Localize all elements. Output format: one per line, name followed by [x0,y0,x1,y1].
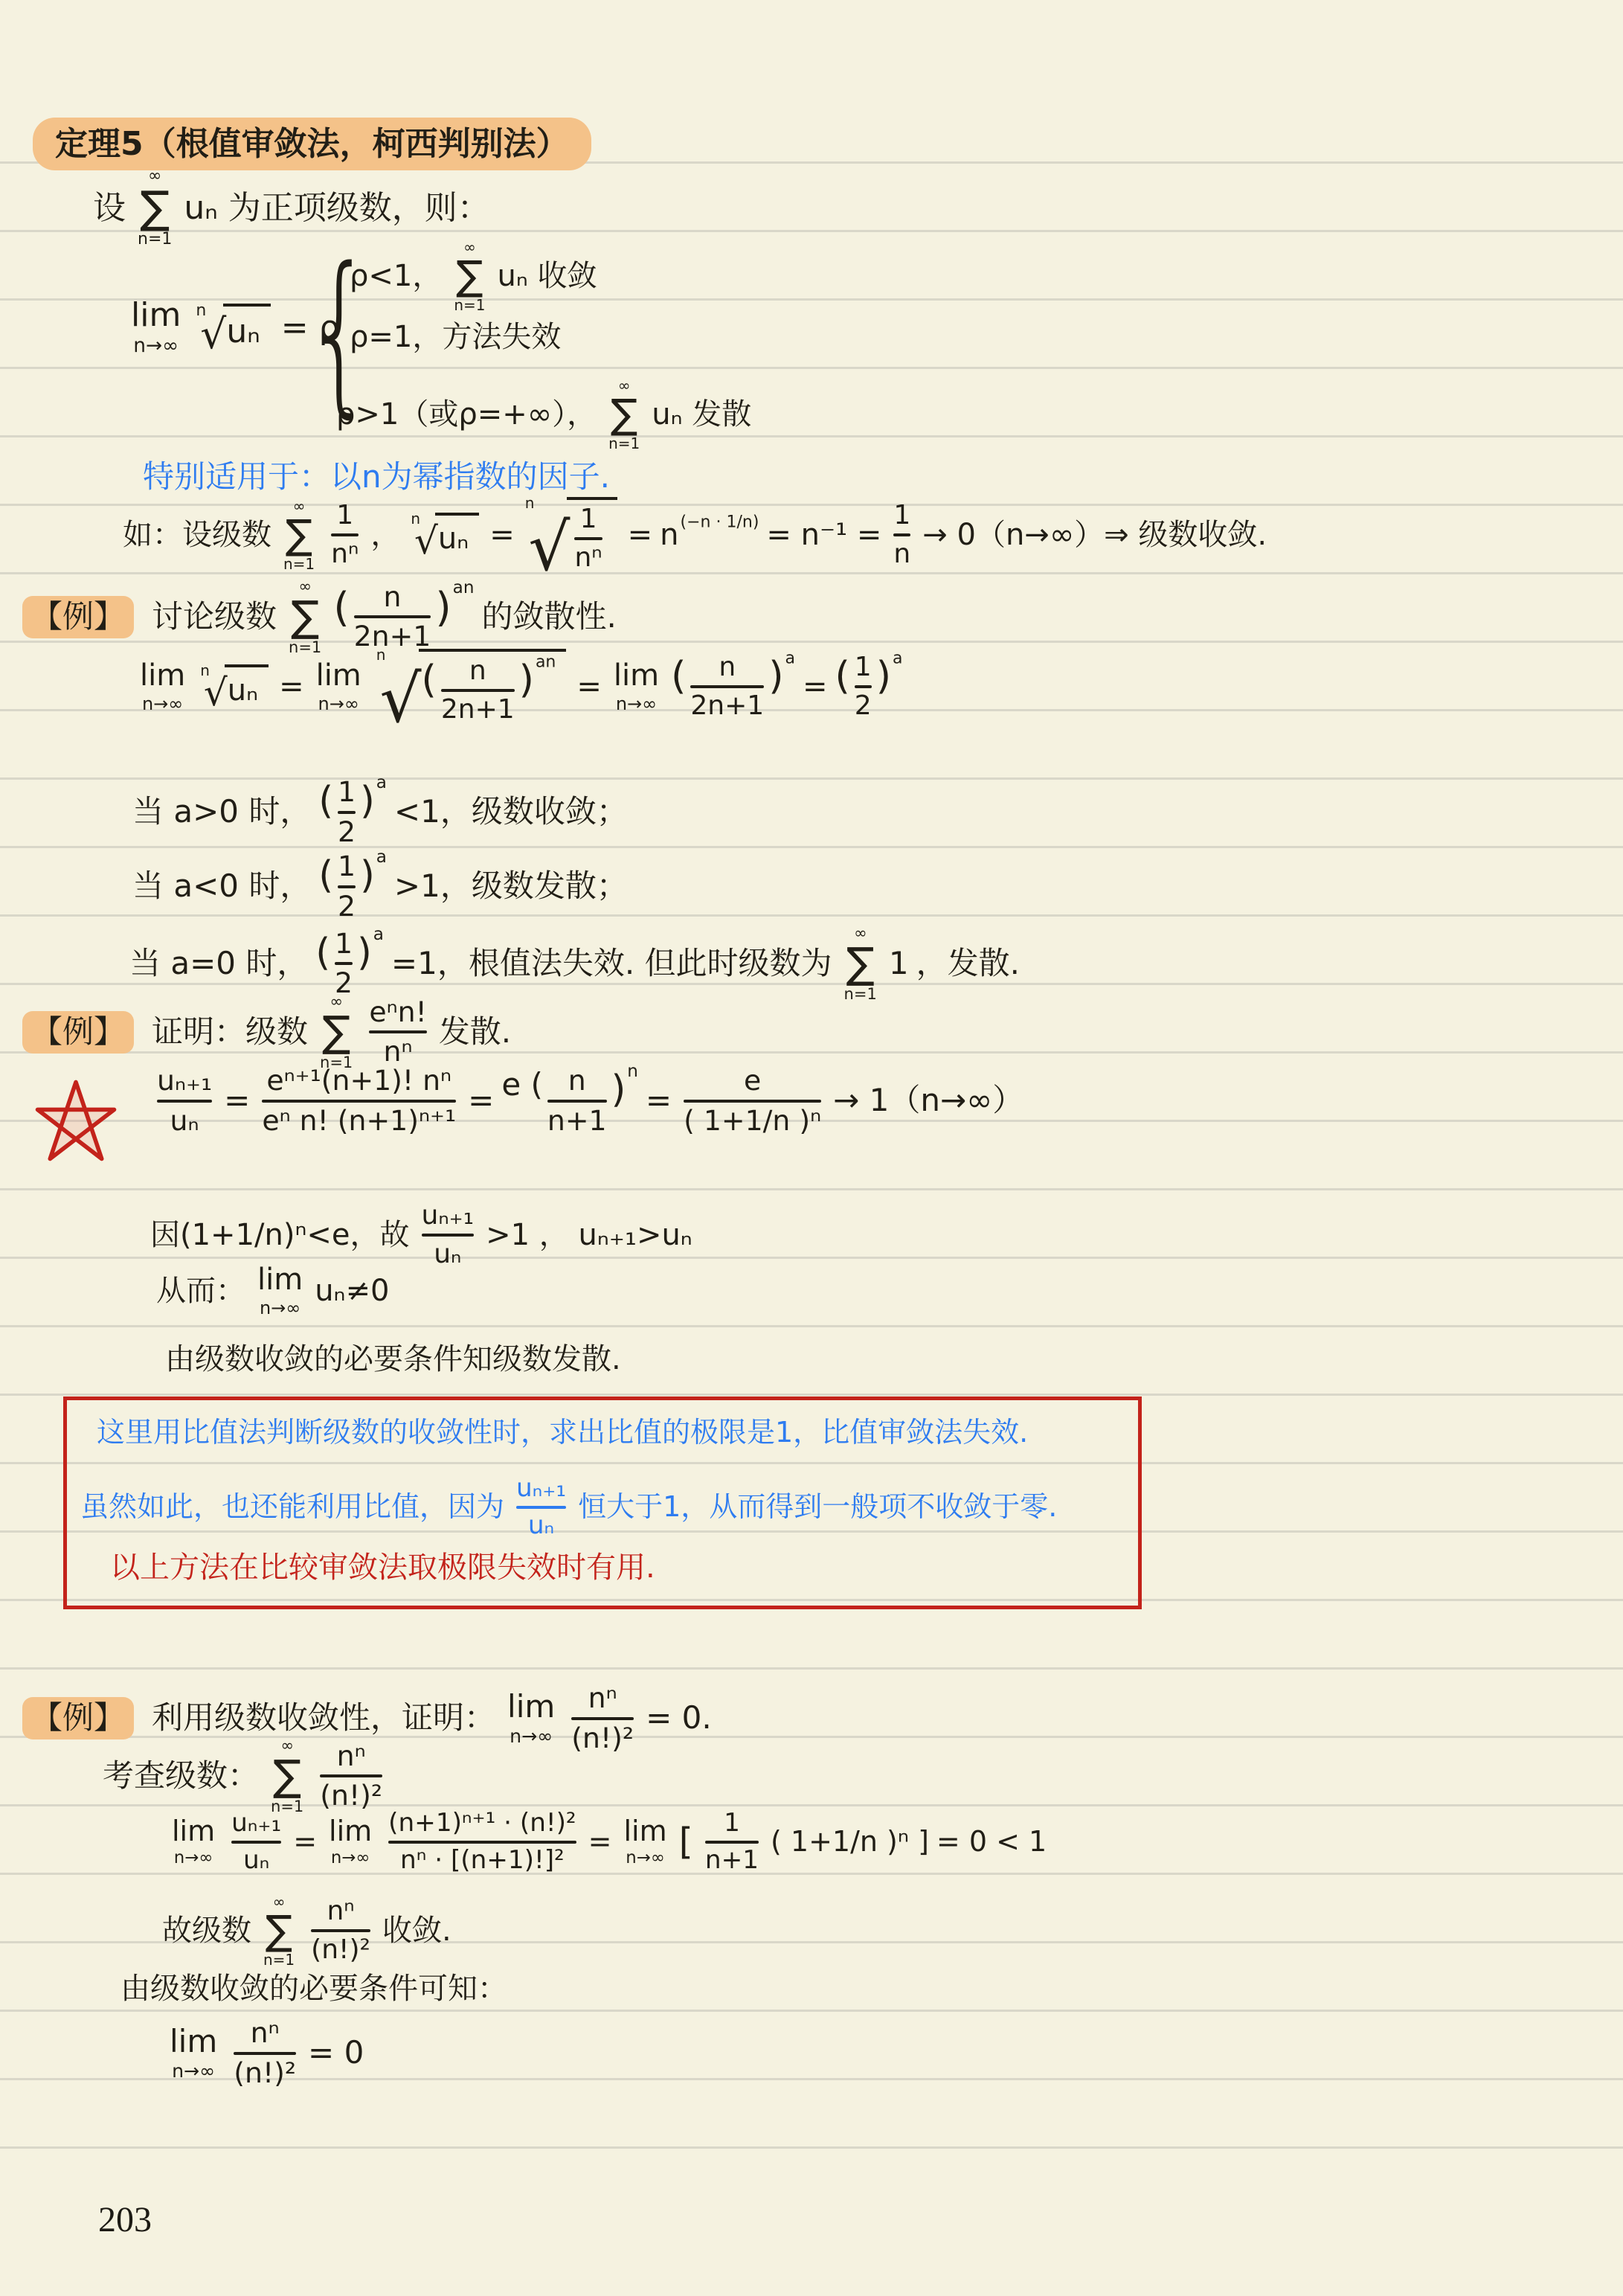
annotation-text: 虽然如此，也还能利用比值，因为 [80,1489,504,1525]
because-post: >1 ， uₙ₊₁>uₙ [486,1216,692,1254]
power-exponent: n [627,1061,638,1083]
radical-icon: √ [200,317,226,352]
numerator: nⁿ [588,1683,617,1714]
fraction: 1 2 [338,777,356,847]
denominator: (n!)² [234,2058,296,2089]
example3-derivation-row: lim n→∞ uₙ₊₁ uₙ = lim n→∞ (n+1)ⁿ⁺¹ · (n!… [167,1809,1047,1874]
fraction: uₙ₊₁ uₙ [422,1201,475,1269]
denominator: uₙ [528,1512,554,1540]
sigma-lower: n=1 [263,1952,295,1967]
annotation-text: 恒大于1，从而得到一般项不收敛于零. [578,1489,1057,1525]
lim-word: lim [614,661,659,690]
annotation-line1: 这里用比值法判断级数的收敛性时，求出比值的极限是1，比值审敛法失效. [97,1415,1028,1451]
fraction: 1 2 [335,929,353,999]
annotation-line2: 虽然如此，也还能利用比值，因为 uₙ₊₁ uₙ 恒大于1，从而得到一般项不收敛于… [80,1475,1057,1539]
power-exponent: a [376,772,387,794]
fraction: 1 n+1 [705,1809,759,1874]
fraction: n 2n+1 [690,652,764,720]
lim-sub: n→∞ [133,336,179,356]
numerator: n [568,1065,586,1097]
fraction-bar [157,1100,212,1103]
fraction-bar [262,1100,456,1103]
lim-sub: n→∞ [318,695,359,713]
equals: = [489,516,515,554]
denominator: nⁿ · [(n+1)!]² [400,1847,565,1875]
sigma-symbol: ∑ [456,256,483,296]
paren-open: ( [315,929,330,975]
fraction: uₙ₊₁ uₙ [516,1475,566,1539]
fraction-bar [320,1774,382,1777]
fraction: uₙ₊₁ uₙ [157,1065,212,1136]
ex2-post: 发散. [439,1013,511,1052]
denominator: eⁿ n! (n+1)ⁿ⁺¹ [262,1106,456,1137]
bracket-open: [ [679,1819,693,1865]
numerator: eⁿn! [369,997,426,1028]
numerator: n [384,582,402,613]
necessary-condition2-row: 由级数收敛的必要条件可知： [120,1970,507,2007]
ex0-pre: 如：设级数 [123,516,271,554]
fraction-bar [705,1841,759,1844]
fraction-bar [338,811,356,814]
because-row: 因(1+1/n)ⁿ<e，故 uₙ₊₁ uₙ >1 ， uₙ₊₁>uₙ [150,1201,692,1269]
paren-open: ( [318,851,333,898]
fraction-bar [690,685,764,688]
power-exponent: an [536,652,556,673]
denominator: nⁿ [331,539,359,569]
numerator: (n+1)ⁿ⁺¹ · (n!)² [388,1809,576,1838]
paren-close: ) [360,851,375,898]
fraction-bar [369,1030,426,1033]
necessary-condition-text: 由级数收敛的必要条件可知： [120,1970,507,2007]
necessary-condition-text: 由级数收敛的必要条件知级数发散. [165,1341,621,1378]
blue-note-row: 特别适用于：以n为幂指数的因子. [143,458,610,497]
denominator: nⁿ [574,543,602,573]
denominator: n [893,539,910,569]
fraction-bar [234,2052,296,2055]
sigma-symbol: ∑ [266,1911,292,1951]
equals-zero: = 0. [646,1699,712,1738]
equals: = [293,1824,317,1860]
numerator: 1 [724,1809,740,1838]
radicand: uₙ [225,664,269,709]
fraction: 1 2 [855,652,872,720]
fraction-bar [574,537,602,540]
setup-post: uₙ 为正项级数，则： [184,187,489,228]
equals: = [224,1081,250,1120]
equals: = [588,1824,612,1860]
numerator: e [744,1065,761,1097]
lim-word: lim [316,661,361,690]
sigma-symbol: ∑ [611,394,637,434]
sigma-sum: ∞ ∑ n=1 [263,1894,295,1967]
fraction: nⁿ (n!)² [311,1896,370,1964]
fraction-bar [335,962,353,965]
example-label: 【例】 [22,1011,134,1054]
fraction-bar [571,1717,634,1720]
star-icon [34,1070,118,1171]
lim-sub: n→∞ [174,1850,213,1867]
numerator: n [719,652,736,682]
radical-icon: √ [379,675,421,724]
lim-sub: n→∞ [616,695,657,713]
case3-row: ρ>1（或ρ=+∞）， ∞ ∑ n=1 uₙ 发散 [336,378,751,451]
case3-conclusion: uₙ 发散 [652,396,751,433]
power-expression: ( n 2n+1 ) a [671,652,795,720]
denominator: n+1 [547,1106,607,1137]
fraction: nⁿ (n!)² [571,1683,634,1754]
sigma-sum: ∞ ∑ n=1 [320,994,353,1071]
lim-word: lim [329,1817,372,1845]
lim-word: lim [140,661,185,690]
denominator: (n!)² [320,1780,382,1812]
sigma-sum: ∞ ∑ n=1 [844,926,877,1002]
lim-sub: n→∞ [260,1299,301,1317]
a-negative-row: 当 a<0 时， ( 1 2 ) a >1，级数发散； [132,851,628,922]
fraction: 1 n [893,501,910,568]
e-times-paren: e ( [501,1065,543,1105]
numerator: uₙ₊₁ [516,1475,566,1503]
ex3-pre: 利用级数收敛性，证明： [152,1699,495,1738]
nth-root: n √ ( n 2n+1 ) an [376,649,567,724]
fraction: n 2n+1 [354,582,431,652]
paren-close: ) [876,652,891,701]
equals: = [468,1081,494,1120]
fraction: eⁿn! nⁿ [369,997,426,1068]
limit: lim n→∞ [614,661,659,713]
limit: lim n→∞ [507,1691,555,1745]
power-exponent: a [785,649,794,670]
sigma-symbol: ∑ [291,596,319,638]
fraction-bar [441,689,515,692]
sigma-sum: ∞ ∑ n=1 [289,579,321,655]
numerator: nⁿ [337,1741,366,1772]
case1-conclusion: uₙ 收敛 [498,257,597,295]
power-exponent: (−n · 1/n) [681,512,759,533]
fraction-bar [231,1841,281,1844]
radicand: uₙ [435,513,479,557]
therefore-post: uₙ≠0 [315,1272,389,1309]
sigma-lower: n=1 [844,987,877,1002]
a-zero-row: 当 a=0 时， ( 1 2 ) a =1，根值法失效. 但此时级数为 ∞ ∑ … [129,926,1020,1002]
case3-condition: ρ>1（或ρ=+∞）， [336,396,597,433]
sigma-sum: ∞ ∑ n=1 [608,378,640,451]
limit: lim n→∞ [316,661,361,713]
hence-pre: 故级数 [162,1912,251,1949]
limit: lim n→∞ [140,661,185,713]
limit: lim n→∞ [329,1817,372,1867]
numerator: nⁿ [327,1896,354,1926]
denominator: uₙ [434,1240,461,1269]
condition-text: 当 a=0 时， [129,944,308,984]
fraction: uₙ₊₁ uₙ [231,1809,281,1874]
power-exponent: a [376,847,387,868]
example1-limit-row: lim n→∞ n √ uₙ = lim n→∞ n √ ( n 2n+1 [135,649,902,724]
hence-post: 收敛. [382,1912,451,1949]
equals: = [628,516,653,554]
denominator: (n!)² [311,1935,370,1965]
case2-text: ρ=1，方法失效 [350,318,561,356]
numerator: 1 [855,652,872,682]
fraction: 1 2 [338,851,356,922]
lim-word: lim [170,2026,217,2057]
nth-root: n √ uₙ [200,664,269,709]
theorem-title-row: 定理5（根值审敛法，柯西判别法） [33,118,591,170]
nth-root: n √ uₙ [196,304,270,352]
denominator: 2 [338,891,356,923]
denominator: uₙ [170,1106,199,1137]
numerator: nⁿ [251,2018,280,2049]
sigma-lower: n=1 [454,298,485,312]
paren-open: ( [318,777,333,824]
lim-sub: n→∞ [331,1850,370,1867]
setup-pre: 设 [93,187,126,228]
fraction-bar [338,885,356,888]
limit: lim n→∞ [623,1817,666,1867]
lim-sub: n→∞ [142,695,183,713]
sigma-symbol: ∑ [286,515,312,555]
fraction-bar [331,533,359,536]
therefore-pre: 从而： [156,1272,245,1309]
denominator: (n!)² [571,1723,634,1754]
denominator: 2 [338,817,356,848]
limit: lim n→∞ [257,1265,303,1317]
numerator: uₙ₊₁ [422,1201,475,1231]
power-exponent: a [373,924,384,946]
numerator: 1 [335,929,353,960]
denominator: uₙ [243,1847,269,1875]
fraction-bar [893,533,910,536]
page-number: 203 [98,2199,152,2240]
equals: = [279,668,304,705]
radicand: uₙ [223,304,270,352]
power-expression: ( 1 2 ) a [315,929,384,999]
numerator: 1 [338,777,356,808]
radical-icon: √ [528,523,570,572]
limit: lim n→∞ [170,2026,217,2080]
ex1-post: 的敛散性. [481,597,616,637]
limit-result: → 1（n→∞） [833,1081,1023,1120]
final-limit-row: lim n→∞ nⁿ (n!)² = 0 [165,2018,364,2088]
paren-close: ) [360,777,375,824]
sigma-symbol: ∑ [846,943,875,985]
equals: = [646,1081,672,1120]
fraction: nⁿ (n!)² [234,2018,296,2088]
power-base: n [660,516,678,554]
tail-text: ，发散. [916,944,1020,984]
case1-row: ρ<1， ∞ ∑ n=1 uₙ 收敛 [350,240,597,312]
fraction-bar [684,1100,821,1103]
fraction: 1 nⁿ [574,504,602,572]
power-expression: ( 1 2 ) a [835,652,902,720]
sigma-lower: n=1 [138,231,172,248]
conclusion-text: <1，级数收敛； [394,792,628,832]
denominator: 2n+1 [354,621,431,652]
equals-zero: = 0 [308,2033,364,2073]
denominator: ( 1+1/n )ⁿ [684,1106,821,1137]
power-expression: n (−n · 1/n) [660,516,759,554]
ex0-post: → 0（n→∞）⇒ 级数收敛. [922,516,1267,554]
sigma-sum: ∞ ∑ n=1 [454,240,485,312]
fraction: eⁿ⁺¹(n+1)! nⁿ eⁿ n! (n+1)ⁿ⁺¹ [262,1065,456,1136]
paren-open: ( [422,656,437,705]
fraction: 1 nⁿ [331,501,359,568]
a-positive-row: 当 a>0 时， ( 1 2 ) a <1，级数收敛； [132,777,628,847]
example2-header: 【例】 证明：级数 ∞ ∑ n=1 eⁿn! nⁿ 发散. [22,994,511,1071]
summand-one: 1 [889,944,909,984]
hence-series-row: 故级数 ∞ ∑ n=1 nⁿ (n!)² 收敛. [162,1894,451,1967]
power-expression: ( 1 2 ) a [318,851,387,922]
denominator: 2n+1 [441,695,515,725]
equals: = [803,668,828,705]
numerator: 1 [580,504,597,534]
paren-open: ( [333,582,349,632]
sigma-sum: ∞ ∑ n=1 [283,498,315,571]
fraction: nⁿ (n!)² [320,1741,382,1812]
sigma-symbol: ∑ [140,186,170,230]
sigma-symbol: ∑ [273,1755,301,1798]
power-expression: ( n 2n+1 ) an [422,656,556,724]
denominator: 2n+1 [690,691,764,721]
fraction-bar [422,1234,475,1237]
annotation-text: 这里用比值法判断级数的收敛性时，求出比值的极限是1，比值审敛法失效. [97,1415,1028,1451]
paren-open: ( [835,652,849,701]
ex0-comma: ， [370,516,400,554]
example-label: 【例】 [22,596,134,638]
sigma-symbol: ∑ [322,1011,350,1054]
paren-close: ) [611,1065,626,1112]
denominator: 2 [855,691,872,721]
numerator: 1 [338,851,356,882]
numerator: n [469,656,486,686]
conclusion-text: >1，级数发散； [394,867,628,906]
necessary-condition-row: 由级数收敛的必要条件知级数发散. [165,1341,621,1378]
radicand: 1 nⁿ [567,497,617,572]
example1-header: 【例】 讨论级数 ∞ ∑ n=1 ( n 2n+1 ) an 的敛散性. [22,579,617,655]
ex2-pre: 证明：级数 [152,1013,308,1052]
nth-root: n √ 1 nⁿ [525,497,617,572]
lim-sub: n→∞ [172,2062,215,2080]
fraction-bar [855,685,872,688]
lim-word: lim [257,1265,303,1295]
ex1-pre: 讨论级数 [152,597,277,637]
numerator: uₙ₊₁ [157,1065,212,1097]
theorem-title: 定理5（根值审敛法，柯西判别法） [33,118,591,170]
fraction: n 2n+1 [441,656,515,724]
lim-word: lim [507,1691,555,1722]
lim-sub: n→∞ [510,1727,553,1745]
conclusion-text: =1，根值法失效. 但此时级数为 [391,944,832,984]
case2-row: ρ=1，方法失效 [350,318,561,356]
annotation-line3: 以上方法在比较审敛法取极限失效时有用. [110,1549,655,1586]
fraction-bar [547,1100,607,1103]
sigma-lower: n=1 [283,557,315,571]
result-text: = 0 < 1 [936,1824,1047,1860]
numerator: 1 [336,501,353,530]
lim-word: lim [131,299,181,332]
numerator: 1 [893,501,910,530]
fraction: (n+1)ⁿ⁺¹ · (n!)² nⁿ · [(n+1)!]² [388,1809,576,1874]
condition-text: 当 a<0 时， [132,867,311,906]
limit: lim n→∞ [172,1817,215,1867]
power-expression: ( n 2n+1 ) an [333,582,474,652]
numerator: eⁿ⁺¹(n+1)! nⁿ [266,1065,451,1097]
notebook-page: 定理5（根值审敛法，柯西判别法） 设 ∞ ∑ n=1 uₙ 为正项级数，则： l… [0,0,1623,2296]
example-label: 【例】 [22,1697,134,1739]
annotation-text: 以上方法在比较审敛法取极限失效时有用. [110,1549,655,1586]
ex0-mid: = n⁻¹ = [766,516,881,554]
radicand: ( n 2n+1 ) an [419,649,567,724]
lim-sub: n→∞ [626,1850,665,1867]
blue-note: 特别适用于：以n为幂指数的因子. [143,458,610,497]
case1-condition: ρ<1， [350,257,442,295]
numerator: uₙ₊₁ [231,1809,281,1838]
power-exponent: a [893,649,902,670]
therefore-row: 从而： lim n→∞ uₙ≠0 [156,1265,389,1317]
example0-row: 如：设级数 ∞ ∑ n=1 1 nⁿ ， n √ uₙ = n √ 1 nⁿ [123,497,1267,572]
sigma-sum: ∞ ∑ n=1 [138,168,172,248]
consider-series-text: 考查级数： [103,1757,259,1796]
sigma-lower: n=1 [608,436,640,451]
power-expression: e ( n n+1 ) n [501,1065,638,1136]
because-pre: 因(1+1/n)ⁿ<e，故 [150,1216,410,1254]
paren-close: ) [435,582,451,632]
limit: lim n→∞ [131,299,181,356]
denominator: nⁿ [384,1036,413,1068]
fraction-bar [354,615,431,618]
fraction: e ( 1+1/n )ⁿ [684,1065,821,1136]
condition-text: 当 a>0 时， [132,792,311,832]
ratio-derivation-row: uₙ₊₁ uₙ = eⁿ⁺¹(n+1)! nⁿ eⁿ n! (n+1)ⁿ⁺¹ =… [152,1065,1023,1136]
paren-close: ) [519,656,534,705]
fraction-bar [311,1929,370,1932]
equals: = [576,668,602,705]
power-expression: ( 1 2 ) a [318,777,387,847]
fraction-bar [388,1841,576,1844]
paren-open: ( [671,652,686,701]
paren-close: ) [768,652,783,701]
paren-close: ) [357,929,372,975]
lim-word: lim [172,1817,215,1845]
nth-root: n √ uₙ [411,513,479,557]
consider-series-row: 考查级数： ∞ ∑ n=1 nⁿ (n!)² [103,1738,387,1815]
fraction: n n+1 [547,1065,607,1136]
sigma-sum: ∞ ∑ n=1 [271,1738,303,1815]
power-exponent: an [453,577,475,599]
lim-word: lim [623,1817,666,1845]
denominator: n+1 [705,1847,759,1875]
fraction-bar [516,1506,566,1509]
bracket-tail: ( 1+1/n )ⁿ ] [771,1824,929,1860]
setup-row: 设 ∞ ∑ n=1 uₙ 为正项级数，则： [93,168,490,248]
